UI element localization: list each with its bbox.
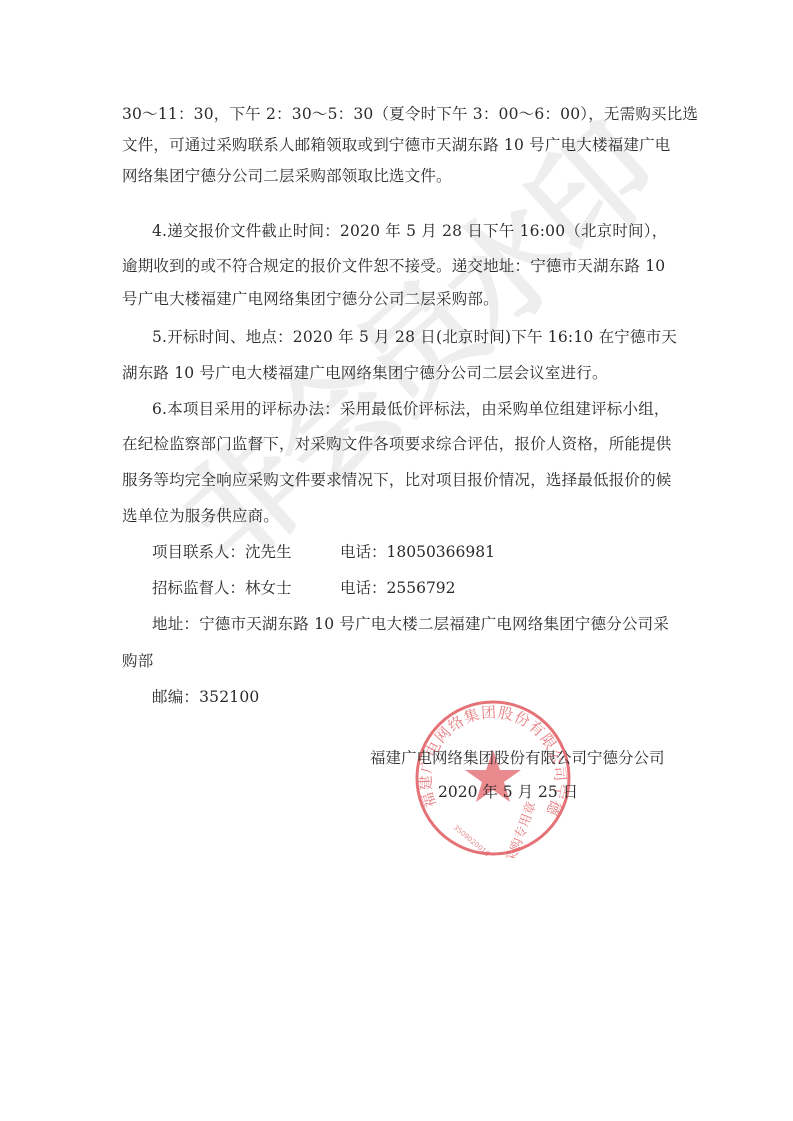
item4-line: 号广电大楼福建广电网络集团宁德分公司二层采购部。 bbox=[122, 289, 682, 309]
contact-phone: 电话：2556792 bbox=[340, 578, 456, 598]
signature-date: 2020 年 5 月 25 日 bbox=[438, 782, 578, 802]
item6-line: 在纪检监察部门监督下，对采购文件各项要求综合评估，报价人资格，所能提供 bbox=[122, 434, 682, 454]
item6-line: 6.本项目采用的评标办法：采用最低价评标法，由采购单位组建评标小组， bbox=[152, 399, 712, 419]
contact-role: 招标监督人：林女士 bbox=[152, 579, 292, 597]
company-seal-icon: 福建广电网络集团股份有限公司宁德分公司 采购专用章 3509020018 bbox=[413, 698, 573, 858]
paragraph-line: 30～11：30，下午 2：30～5：30（夏令时下午 3：00～6：00），无… bbox=[122, 104, 682, 124]
svg-text:采购专用章: 采购专用章 bbox=[503, 799, 540, 858]
contact-role: 项目联系人：沈先生 bbox=[152, 543, 292, 561]
paragraph-line: 文件，可通过采购联系人邮箱领取或到宁德市天湖东路 10 号广电大楼福建广电 bbox=[122, 135, 682, 155]
address-line: 购部 bbox=[122, 651, 682, 671]
address-line: 地址：宁德市天湖东路 10 号广电大楼二层福建广电网络集团宁德分公司采 bbox=[152, 614, 712, 634]
contact-phone: 电话：18050366981 bbox=[340, 542, 495, 562]
item4-line: 逾期收到的或不符合规定的报价文件恕不接受。递交地址：宁德市天湖东路 10 bbox=[122, 256, 682, 276]
item6-line: 选单位为服务供应商。 bbox=[122, 506, 682, 526]
signature-company: 福建广电网络集团股份有限公司宁德分公司 bbox=[370, 748, 665, 768]
paragraph-line: 网络集团宁德分公司二层采购部领取比选文件。 bbox=[122, 166, 682, 186]
item5-line: 湖东路 10 号广电大楼福建广电网络集团宁德分公司二层会议室进行。 bbox=[122, 363, 682, 383]
item5-line: 5.开标时间、地点：2020 年 5 月 28 日(北京时间)下午 16:10 … bbox=[152, 327, 712, 347]
item6-line: 服务等均完全响应采购文件要求情况下，比对项目报价情况，选择最低报价的候 bbox=[122, 470, 682, 490]
document-page: 非会员水印 30～11：30，下午 2：30～5：30（夏令时下午 3：00～6… bbox=[0, 0, 793, 1121]
contact-row: 招标监督人：林女士 电话：2556792 bbox=[152, 578, 292, 598]
contact-row: 项目联系人：沈先生 电话：18050366981 bbox=[152, 542, 292, 562]
svg-text:3509020018: 3509020018 bbox=[452, 823, 491, 858]
item4-line: 4.递交报价文件截止时间：2020 年 5 月 28 日下午 16:00（北京时… bbox=[152, 221, 712, 241]
